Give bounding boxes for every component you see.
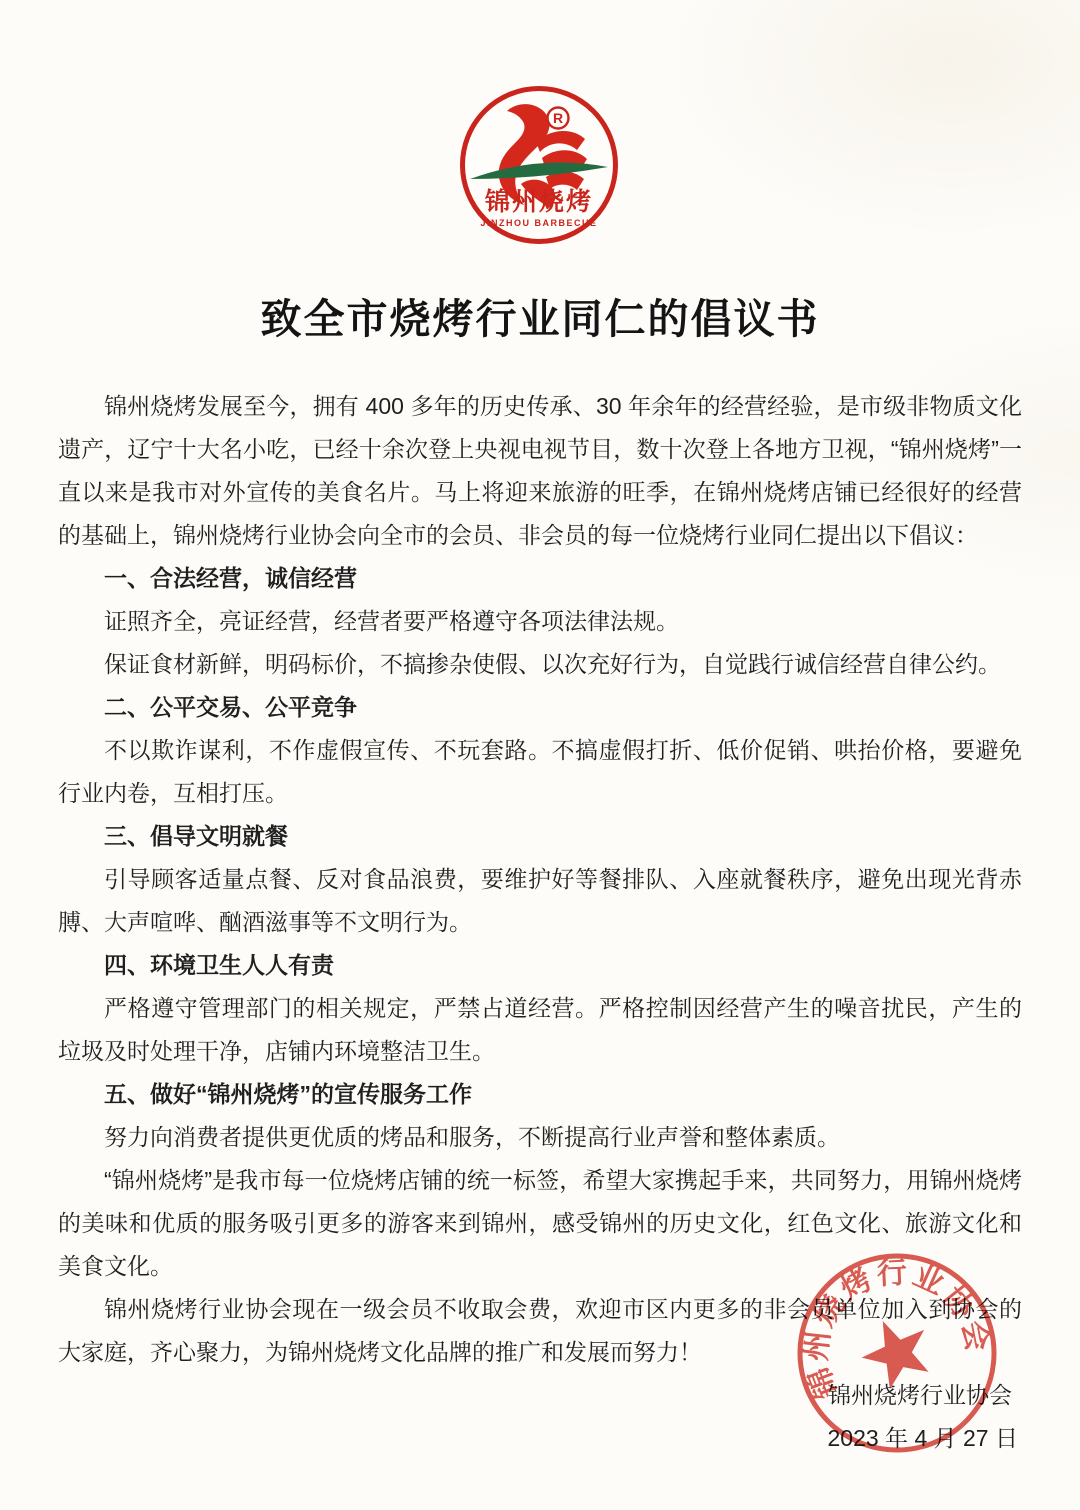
paragraph-intro: 锦州烧烤发展至今，拥有 400 多年的历史传承、30 年余年的经营经验，是市级非…	[58, 385, 1022, 557]
signature-organization: 锦州烧烤行业协会	[58, 1374, 1022, 1417]
page-title: 致全市烧烤行业同仁的倡议书	[58, 295, 1022, 343]
association-logo: R 锦州烧烤 JINZHOU BARBECUE	[458, 84, 622, 251]
paragraph-5a: 努力向消费者提供更优质的烤品和服务，不断提高行业声誉和整体素质。	[58, 1116, 1022, 1159]
letter-body: 锦州烧烤发展至今，拥有 400 多年的历史传承、30 年余年的经营经验，是市级非…	[58, 385, 1022, 1374]
logo-name-en: JINZHOU BARBECUE	[480, 218, 597, 228]
section-heading-3: 三、倡导文明就餐	[58, 815, 1022, 858]
paragraph-closing-1: “锦州烧烤”是我市每一位烧烤店铺的统一标签，希望大家携起手来，共同努力，用锦州烧…	[58, 1159, 1022, 1288]
section-heading-4: 四、环境卫生人人有责	[58, 944, 1022, 987]
paragraph-1b: 保证食材新鲜，明码标价，不搞掺杂使假、以次充好行为，自觉践行诚信经营自律公约。	[58, 643, 1022, 686]
section-heading-1: 一、合法经营，诚信经营	[58, 557, 1022, 600]
paragraph-3a: 引导顾客适量点餐、反对食品浪费，要维护好等餐排队、入座就餐秩序，避免出现光背赤膊…	[58, 858, 1022, 944]
signature-block: 锦州烧烤行业协会 2023 年 4 月 27 日	[58, 1374, 1022, 1460]
paragraph-1a: 证照齐全，亮证经营，经营者要严格遵守各项法律法规。	[58, 600, 1022, 643]
logo-name-cn: 锦州烧烤	[485, 187, 593, 216]
registered-letter: R	[553, 110, 563, 126]
signature-date: 2023 年 4 月 27 日	[58, 1417, 1022, 1460]
paragraph-4a: 严格遵守管理部门的相关规定，严禁占道经营。严格控制因经营产生的噪音扰民，产生的垃…	[58, 987, 1022, 1073]
document-page: R 锦州烧烤 JINZHOU BARBECUE 致全市烧烤行业同仁的倡议书 锦州…	[0, 0, 1080, 1510]
section-heading-2: 二、公平交易、公平竞争	[58, 686, 1022, 729]
section-heading-5: 五、做好“锦州烧烤”的宣传服务工作	[58, 1073, 1022, 1116]
paragraph-closing-2: 锦州烧烤行业协会现在一级会员不收取会费，欢迎市区内更多的非会员单位加入到协会的大…	[58, 1288, 1022, 1374]
paragraph-2a: 不以欺诈谋利，不作虚假宣传、不玩套路。不搞虚假打折、低价促销、哄抬价格，要避免行…	[58, 729, 1022, 815]
logo-graphic: R 锦州烧烤 JINZHOU BARBECUE	[458, 84, 620, 246]
